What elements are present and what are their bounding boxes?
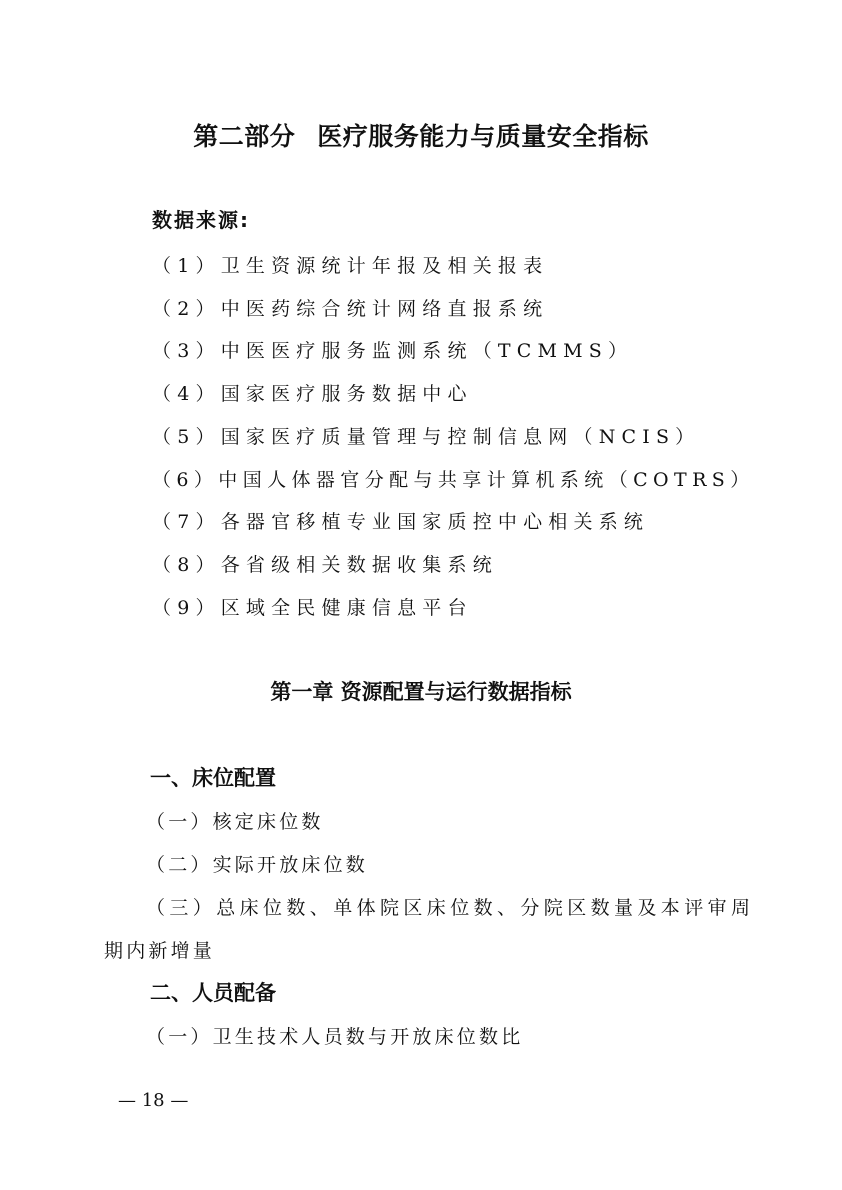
data-source-item: （4）国家医疗服务数据中心 (152, 385, 473, 404)
part-title-text: 医疗服务能力与质量安全指标 (317, 122, 649, 151)
data-source-item: （9）区域全民健康信息平台 (152, 599, 473, 618)
section-heading: 二、人员配备 (150, 983, 276, 1004)
data-source-item: （7）各器官移植专业国家质控中心相关系统 (152, 513, 649, 532)
data-source-item: （1）卫生资源统计年报及相关报表 (152, 257, 548, 276)
chapter-title: 第一章 资源配置与运行数据指标 (0, 682, 842, 703)
data-source-item: （8）各省级相关数据收集系统 (152, 556, 498, 575)
data-source-item: （5）国家医疗质量管理与控制信息网（NCIS） (152, 428, 700, 447)
part-title: 第二部分医疗服务能力与质量安全指标 (0, 124, 842, 149)
data-source-item: （2）中医药综合统计网络直报系统 (152, 300, 548, 319)
section-item: （三）总床位数、单体院区床位数、分院区数量及本评审周 (146, 899, 754, 918)
data-source-item: （3）中医医疗服务监测系统（TCMMS） (152, 342, 633, 361)
data-source-item: （6）中国人体器官分配与共享计算机系统（COTRS） (152, 471, 755, 490)
section-item: （一）卫生技术人员数与开放床位数比 (146, 1028, 523, 1047)
section-item-continuation: 期内新增量 (104, 942, 215, 961)
page-number: — 18 — (118, 1092, 188, 1110)
section-heading: 一、床位配置 (150, 768, 276, 789)
data-sources-heading: 数据来源: (152, 210, 250, 230)
section-item: （二）实际开放床位数 (146, 856, 368, 875)
part-label: 第二部分 (193, 122, 295, 151)
section-item: （一）核定床位数 (146, 813, 324, 832)
